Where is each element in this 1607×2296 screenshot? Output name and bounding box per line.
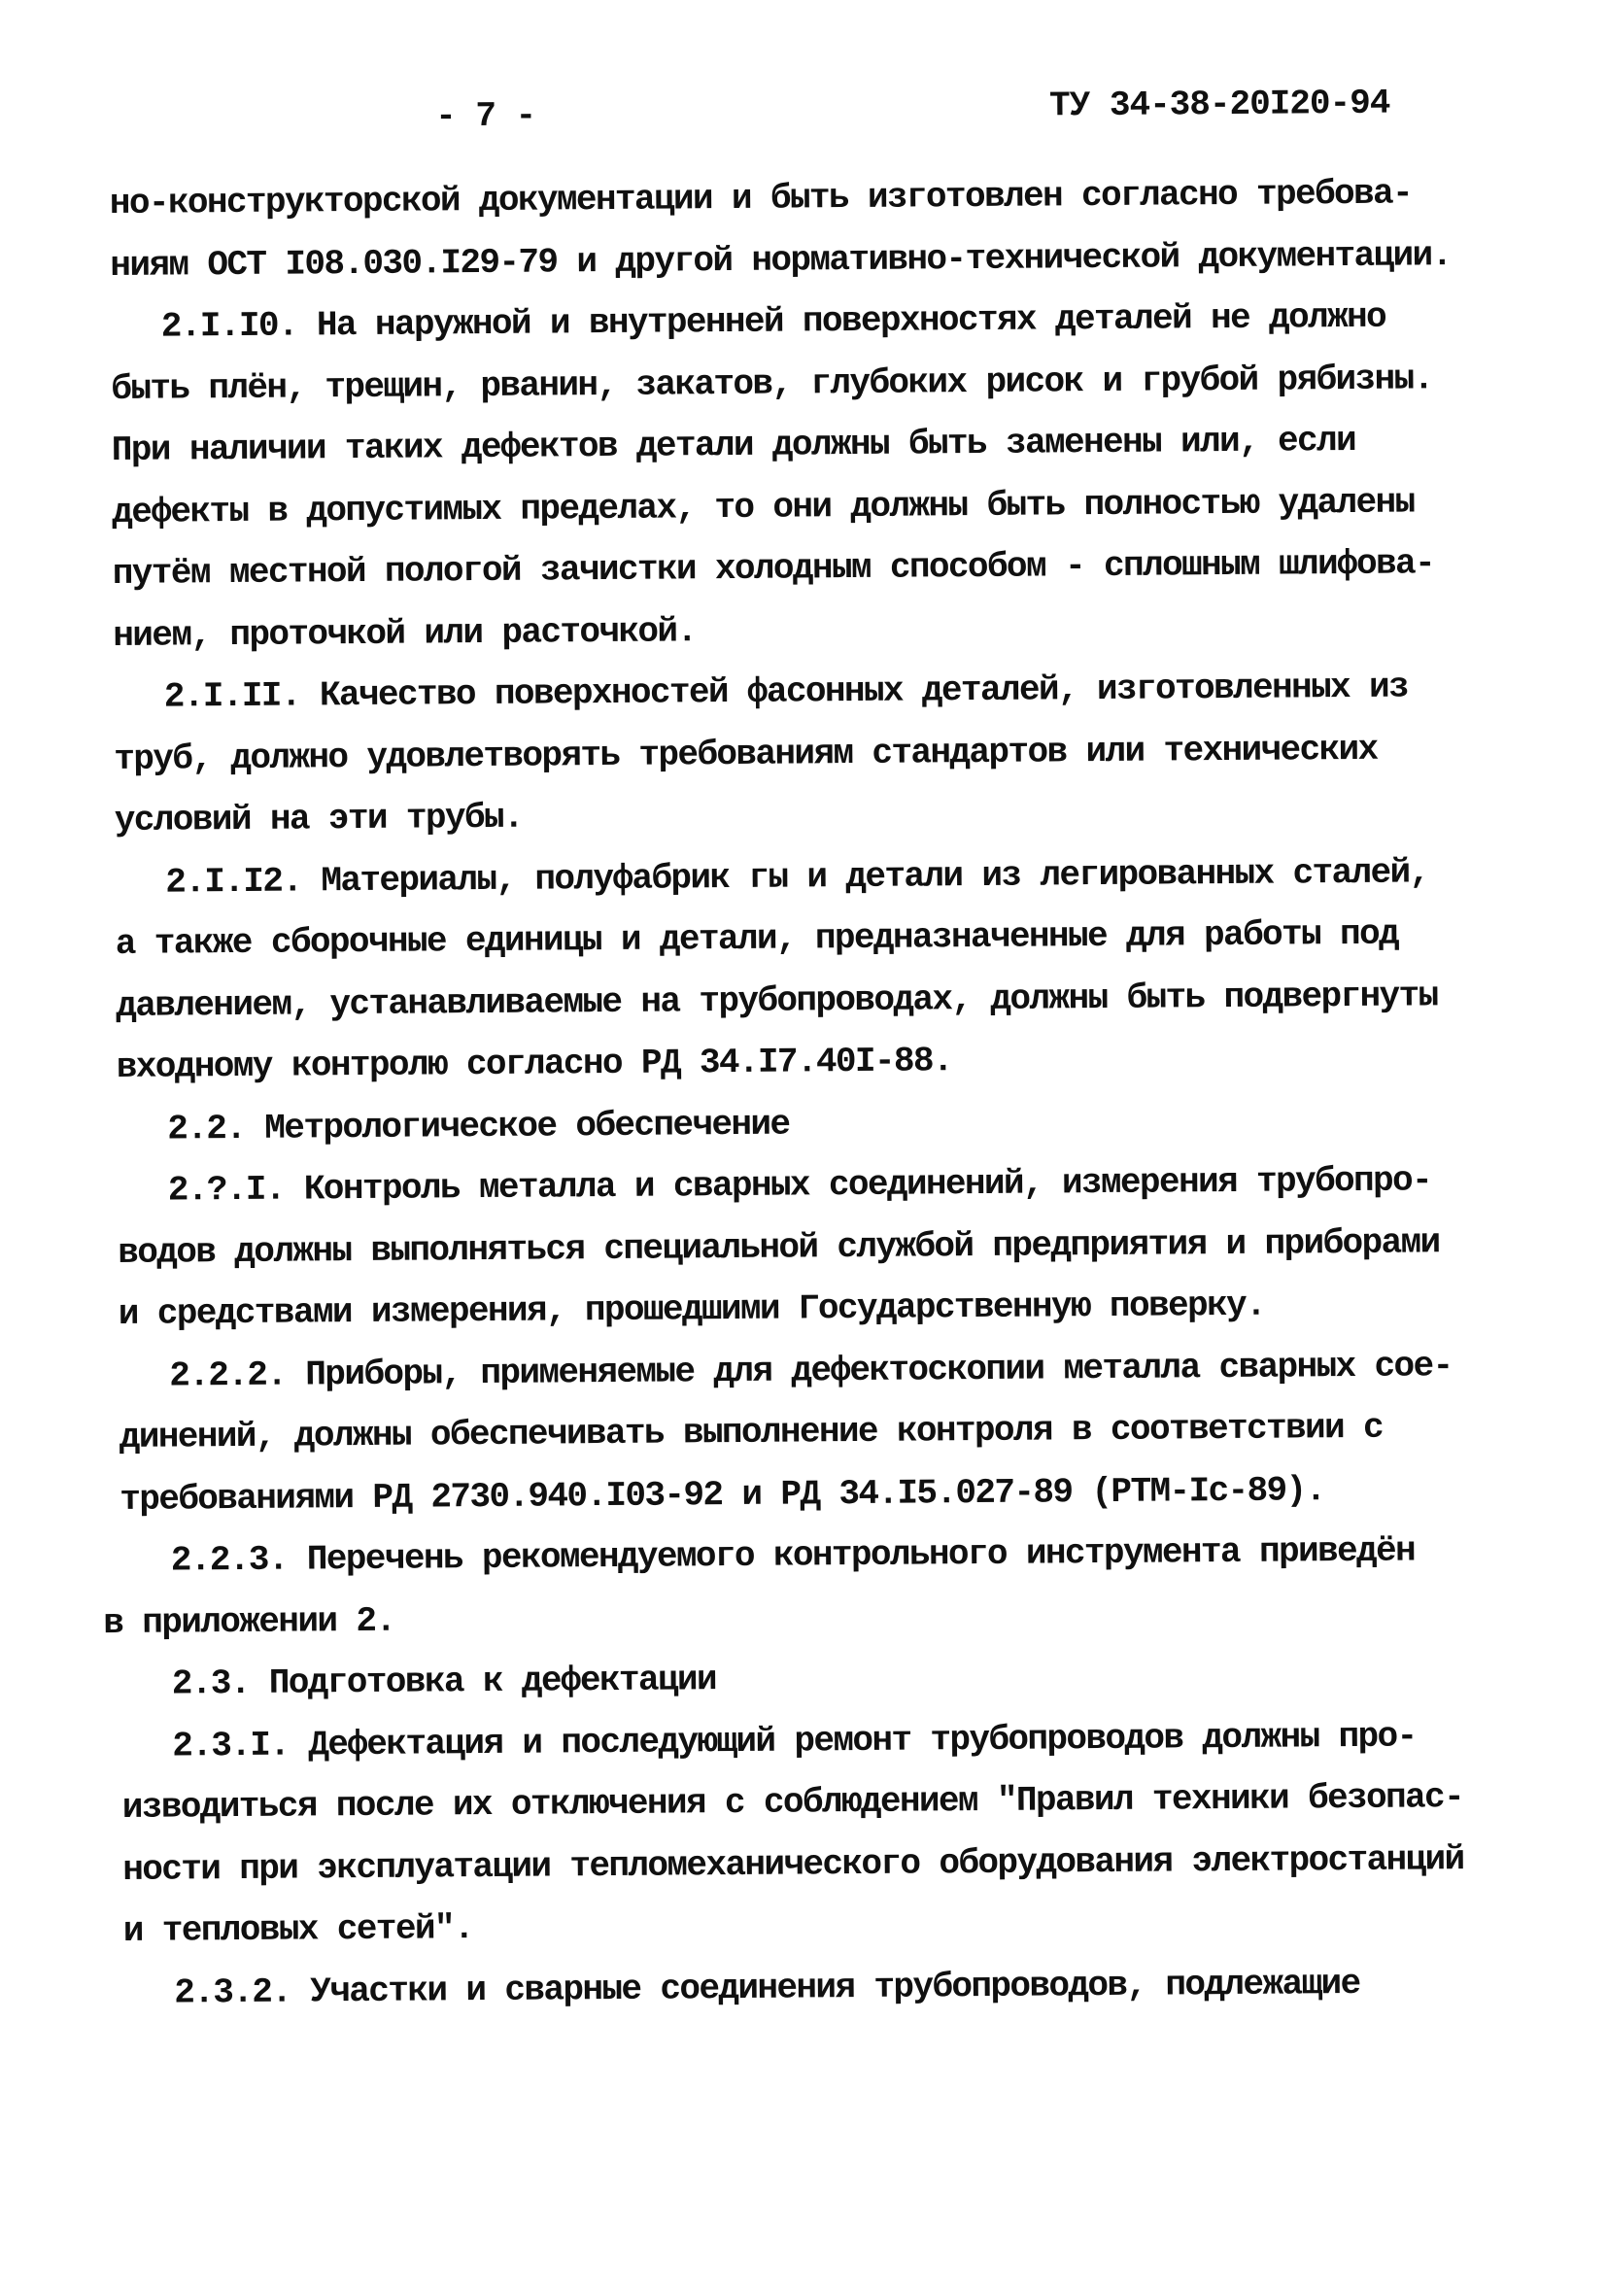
text-line: 2.I.I0. На наружной и внутренней поверхн… (161, 286, 1529, 359)
text-line: дефекты в допустимых пределах, то они до… (112, 470, 1530, 543)
text-line: а также сборочные единицы и детали, пред… (116, 903, 1534, 976)
text-line: в приложении 2. (103, 1581, 1539, 1654)
text-line: давлением, устанавливаемые на трубопрово… (116, 964, 1534, 1037)
text-line: 2.2. Метрологическое обеспечение (167, 1087, 1535, 1160)
text-line: и тепловых сетей". (123, 1889, 1542, 1962)
text-line: 2.I.II. Качество поверхностей фасонных д… (164, 656, 1532, 729)
text-line: труб, должно удовлетворять требованиям с… (114, 717, 1532, 790)
text-line: быть плён, трещин, рванин, закатов, глуб… (111, 347, 1529, 420)
document-sheet: - 7 - ТУ 34-38-20I20-94 но-конструкторск… (0, 0, 1607, 2296)
text-line: 2.3.2. Участки и сварные соединения труб… (174, 1951, 1542, 2024)
text-line: 2.2.3. Перечень рекомендуемого контрольн… (171, 1519, 1539, 1592)
text-line: 2.3.I. Дефектация и последующий ремонт т… (172, 1704, 1540, 1777)
document-content: - 7 - ТУ 34-38-20I20-94 но-конструкторск… (109, 86, 1543, 2024)
text-line: и средствами измерения, прошедшими Госуд… (119, 1272, 1537, 1345)
text-line: нием, проточкой или расточкой. (113, 594, 1531, 667)
text-line: но-конструкторской документации и быть и… (110, 162, 1528, 235)
document-body: но-конструкторской документации и быть и… (110, 162, 1543, 2024)
text-line: 2.3. Подготовка к дефектации (172, 1642, 1540, 1715)
page-number: - 7 - (435, 96, 535, 137)
text-line: ниям ОСТ I08.030.I29-79 и другой нормати… (110, 223, 1528, 296)
document-number: ТУ 34-38-20I20-94 (1049, 84, 1390, 126)
text-line: условий на эти трубы. (115, 779, 1533, 852)
page-header: - 7 - ТУ 34-38-20I20-94 (109, 86, 1528, 173)
text-line: ности при эксплуатации тепломеханическог… (122, 1828, 1541, 1901)
text-line: 2.2.2. Приборы, применяемые для дефектос… (169, 1334, 1537, 1407)
text-line: входному контролю согласно РД 34.I7.40I-… (117, 1026, 1535, 1099)
text-line: требованиями РД 2730.940.I03-92 и РД 34.… (120, 1457, 1538, 1530)
text-line: При наличии таких дефектов детали должны… (112, 409, 1530, 482)
text-line: динений, должны обеспечивать выполнение … (120, 1395, 1538, 1468)
text-line: 2.?.I. Контроль металла и сварных соедин… (168, 1148, 1536, 1221)
text-line: путём местной пологой зачистки холодным … (113, 532, 1531, 605)
text-line: водов должны выполняться специальной слу… (118, 1211, 1536, 1284)
text-line: 2.I.I2. Материалы, полуфабрик гы и детал… (165, 840, 1533, 913)
text-line: изводиться после их отключения с соблюде… (122, 1765, 1541, 1838)
